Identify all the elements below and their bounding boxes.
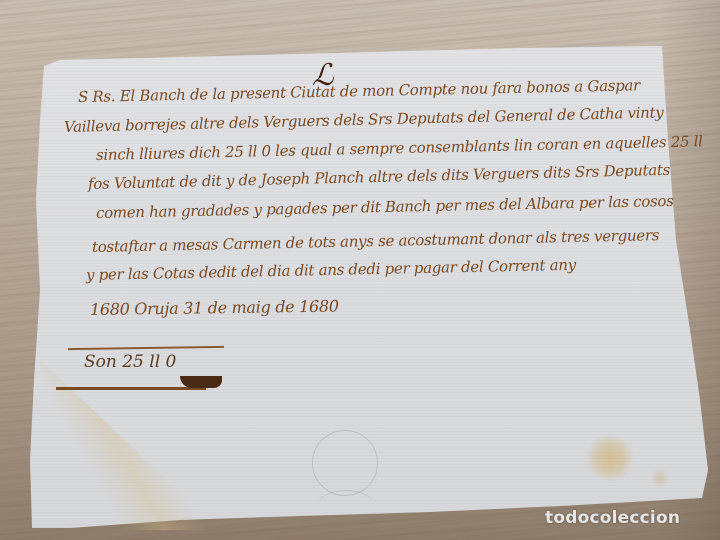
manuscript-date-line: 1680 Oruja 31 de maig de 1680: [90, 297, 339, 319]
total-rule-bottom: [56, 387, 206, 390]
paper-watermark-mark-lower: [318, 490, 374, 521]
total-flourish: [180, 376, 222, 388]
total-amount: Son 25 ll 0: [84, 352, 176, 372]
paper-watermark-mark: [312, 430, 378, 496]
site-watermark: todocoleccion: [545, 508, 680, 528]
